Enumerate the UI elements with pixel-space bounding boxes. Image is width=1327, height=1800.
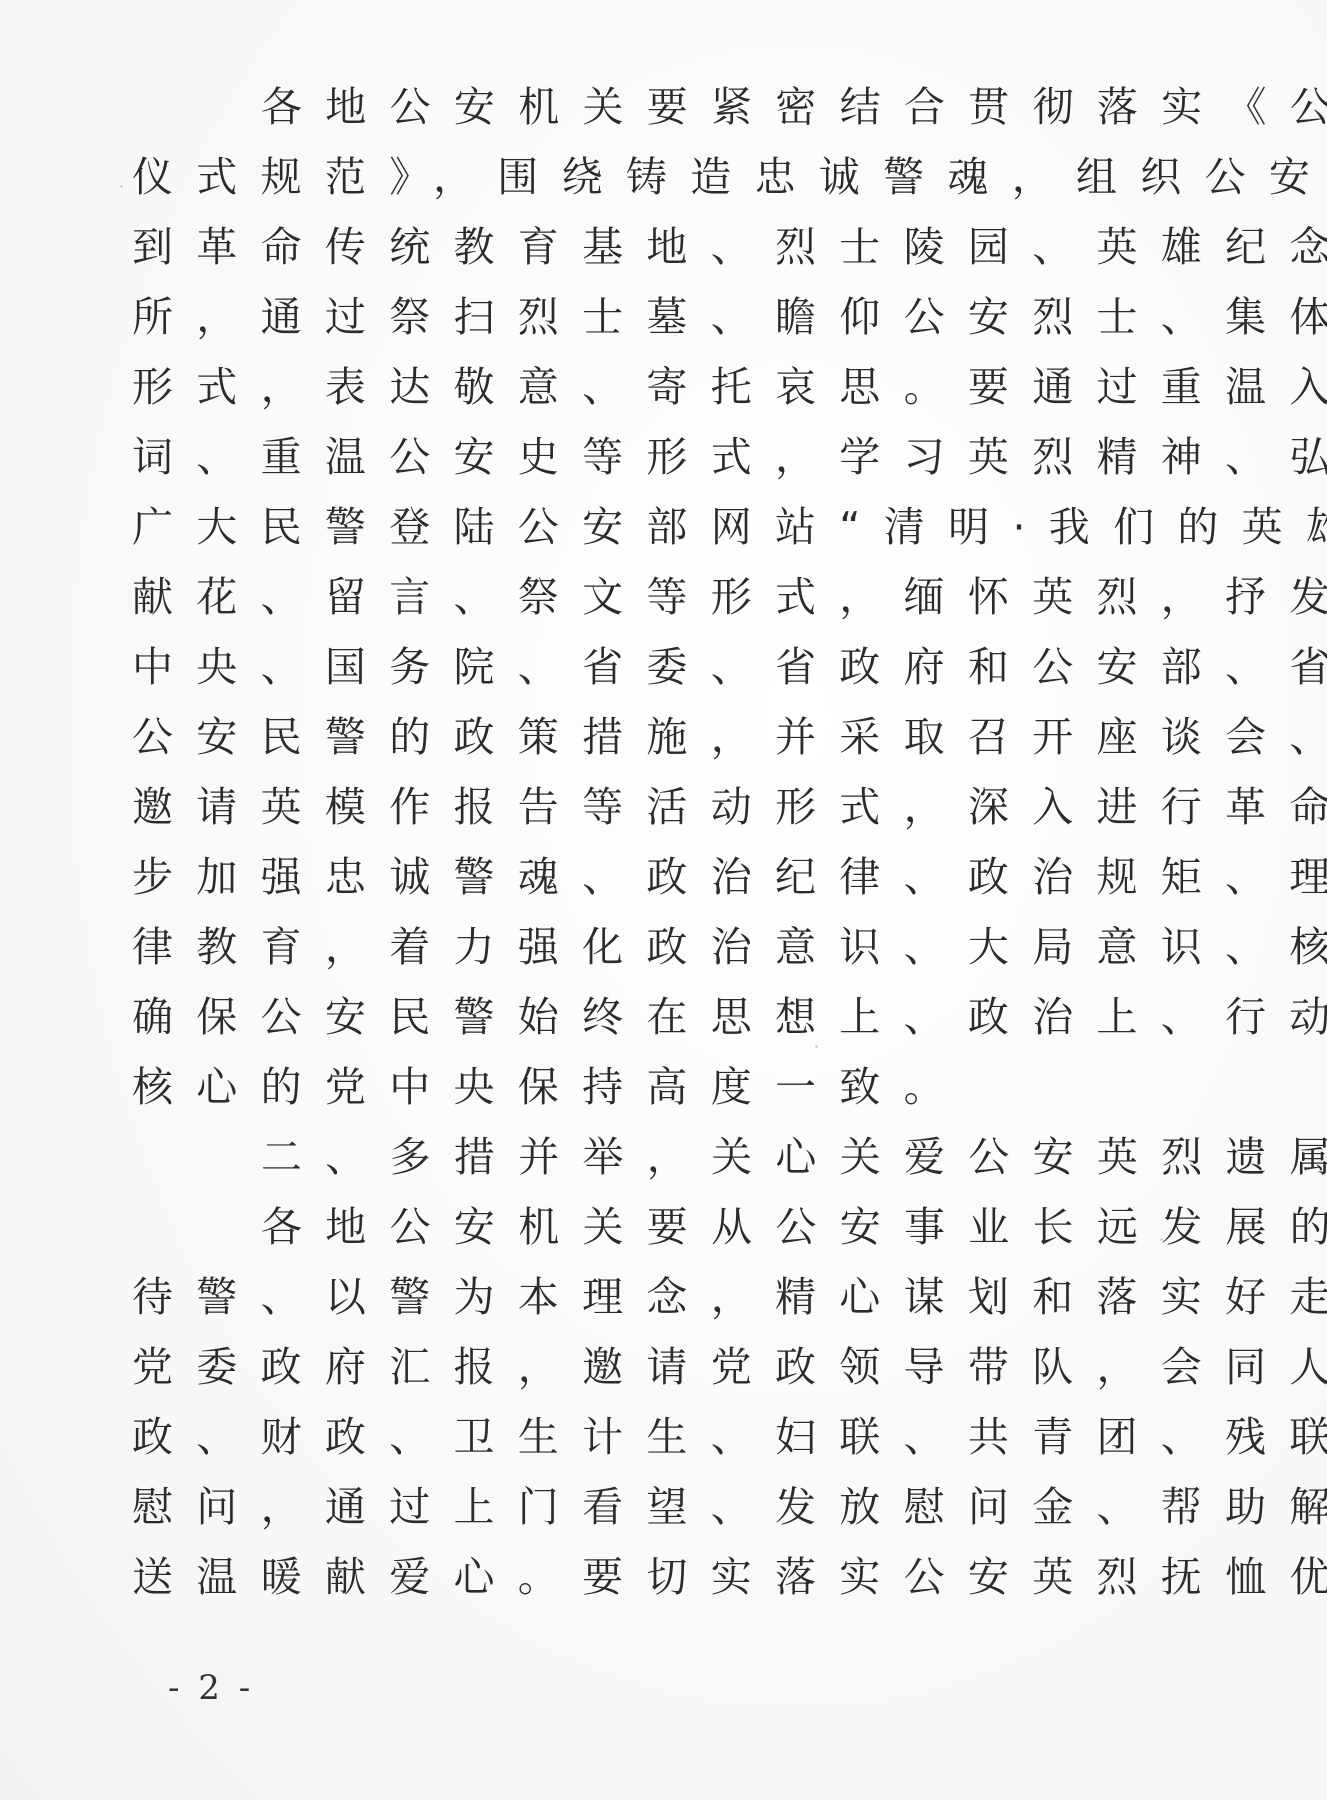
text-line: 律教育，着力强化政治意识、大局意识、核心意识、看齐意识， [132, 912, 1232, 982]
text-line: 各地公安机关要从公安事业长远发展的高度，牢固树立从优 [132, 1192, 1232, 1262]
text-line: 广大民警登陆公安部网站“清明·我们的英雄”栏目，通过网上 [132, 492, 1232, 562]
body-text: 各地公安机关要紧密结合贯彻落实《公安机关人民警察荣誉 仪式规范》，围绕铸造忠诚警… [132, 72, 1232, 1612]
section-heading: 二、多措并举，关心关爱公安英烈遗属 [132, 1122, 1232, 1192]
text-line: 送温暖献爱心。要切实落实公安英烈抚恤优待各项政策措施，积 [132, 1542, 1232, 1612]
scan-speck [1318, 1500, 1321, 1503]
text-line: 所，通过祭扫烈士墓、瞻仰公安烈士、集体宣誓、种植纪念树等 [132, 282, 1232, 352]
text-line: 形式，表达敬意、寄托哀思。要通过重温入党誓词、重温入警誓 [132, 352, 1232, 422]
scan-speck [1160, 1238, 1163, 1241]
text-line: 仪式规范》，围绕铸造忠诚警魂，组织公安民警和公安现役官兵 [132, 142, 1232, 212]
text-line: 确保公安民警始终在思想上、政治上、行动上与以习近平同志为 [132, 982, 1232, 1052]
text-line: 献花、留言、祭文等形式，缅怀英烈，抒发情感。要大力宣讲党 [132, 562, 1232, 632]
text-line: 各地公安机关要紧密结合贯彻落实《公安机关人民警察荣誉 [132, 72, 1232, 142]
text-line: 词、重温公安史等形式，学习英烈精神、弘扬革命传统。要发动 [132, 422, 1232, 492]
text-line: 邀请英模作报告等活动形式，深入进行革命理想信念教育，进一 [132, 772, 1232, 842]
document-page: 各地公安机关要紧密结合贯彻落实《公安机关人民警察荣誉 仪式规范》，围绕铸造忠诚警… [0, 0, 1327, 1800]
text-line: 中央、国务院、省委、省政府和公安部、省公安厅党委关心关爱 [132, 632, 1232, 702]
text-line: 待警、以警为本理念，精心谋划和落实好走访慰问活动，积极向 [132, 1262, 1232, 1332]
scan-speck [815, 1045, 818, 1048]
text-line: 步加强忠诚警魂、政治纪律、政治规矩、理想信念教育和组织纪 [132, 842, 1232, 912]
text-line: 慰问，通过上门看望、发放慰问金、帮助解决实际困难等方式， [132, 1472, 1232, 1542]
text-line: 核心的党中央保持高度一致。 [132, 1052, 1232, 1122]
scan-speck [120, 185, 123, 188]
page-number: - 2 - [168, 1668, 254, 1708]
text-line: 公安民警的政策措施，并采取召开座谈会、开展主题党日活动、 [132, 702, 1232, 772]
text-line: 政、财政、卫生计生、妇联、共青团、残联等部门共同组织走访 [132, 1402, 1232, 1472]
text-line: 到革命传统教育基地、烈士陵园、英雄纪念广场、革命旧址等场 [132, 212, 1232, 282]
text-line: 党委政府汇报，邀请党政领导带队，会同人力资源社会保障、民 [132, 1332, 1232, 1402]
